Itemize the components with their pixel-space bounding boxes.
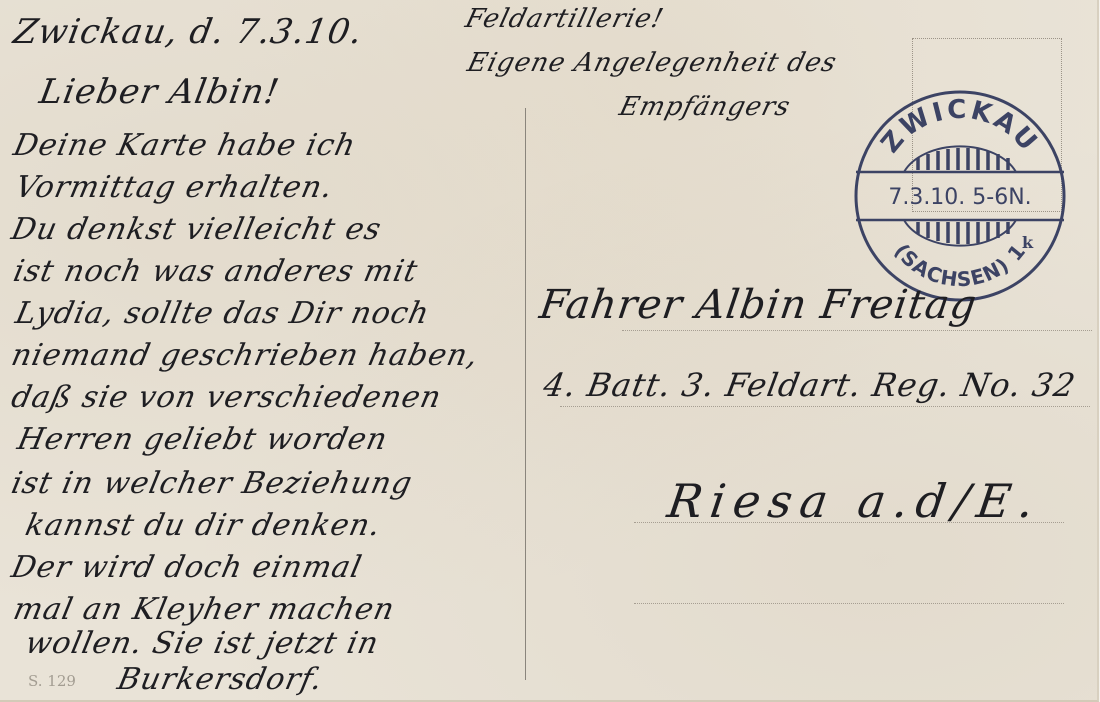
recipient-name: Fahrer Albin Freitag bbox=[537, 282, 980, 328]
message-line: Du denkst vielleicht es bbox=[8, 212, 385, 247]
top-note-line: Empfängers bbox=[616, 92, 793, 122]
svg-text:7.3.10. 5-6N.: 7.3.10. 5-6N. bbox=[888, 185, 1031, 210]
printed-code: S. 129 bbox=[28, 672, 76, 690]
top-note-line: Eigene Angelegenheit des bbox=[464, 48, 840, 78]
salutation: Lieber Albin! bbox=[36, 72, 282, 112]
message-line: mal an Kleyher machen bbox=[10, 592, 398, 627]
message-line: Der wird doch einmal bbox=[8, 550, 365, 585]
recipient-unit: 4. Batt. 3. Feldart. Reg. No. 32 bbox=[541, 366, 1079, 404]
message-line: Herren geliebt worden bbox=[14, 422, 391, 457]
message-line: Lydia, sollte das Dir noch bbox=[12, 296, 433, 331]
message-line: wollen. Sie ist jetzt in bbox=[22, 626, 382, 661]
message-line: Burkersdorf. bbox=[114, 662, 326, 697]
message-line: niemand geschrieben haben, bbox=[8, 338, 482, 373]
top-note-line: Feldartillerie! bbox=[462, 4, 667, 34]
postcard: Zwickau, d. 7.3.10. Lieber Albin! Deine … bbox=[0, 0, 1099, 702]
divider-line bbox=[525, 108, 526, 680]
message-line: daß sie von verschiedenen bbox=[8, 380, 445, 415]
message-line: Deine Karte habe ich bbox=[10, 128, 359, 163]
address-line bbox=[622, 330, 1092, 331]
address-line bbox=[634, 603, 1064, 604]
message-line: kannst du dir denken. bbox=[22, 508, 384, 543]
postmark-icon: ZWICKAU (SACHSEN) 1 7.3.10. 5-6N. k bbox=[852, 88, 1068, 304]
address-line bbox=[560, 406, 1090, 407]
message-line: ist noch was anderes mit bbox=[10, 254, 421, 289]
message-line: Vormittag erhalten. bbox=[12, 170, 336, 205]
recipient-city: Riesa a.d/E. bbox=[664, 474, 1045, 528]
place-date: Zwickau, d. 7.3.10. bbox=[10, 12, 365, 52]
svg-text:ZWICKAU: ZWICKAU bbox=[876, 95, 1045, 159]
message-line: ist in welcher Beziehung bbox=[8, 466, 415, 501]
svg-text:k: k bbox=[1022, 233, 1034, 252]
